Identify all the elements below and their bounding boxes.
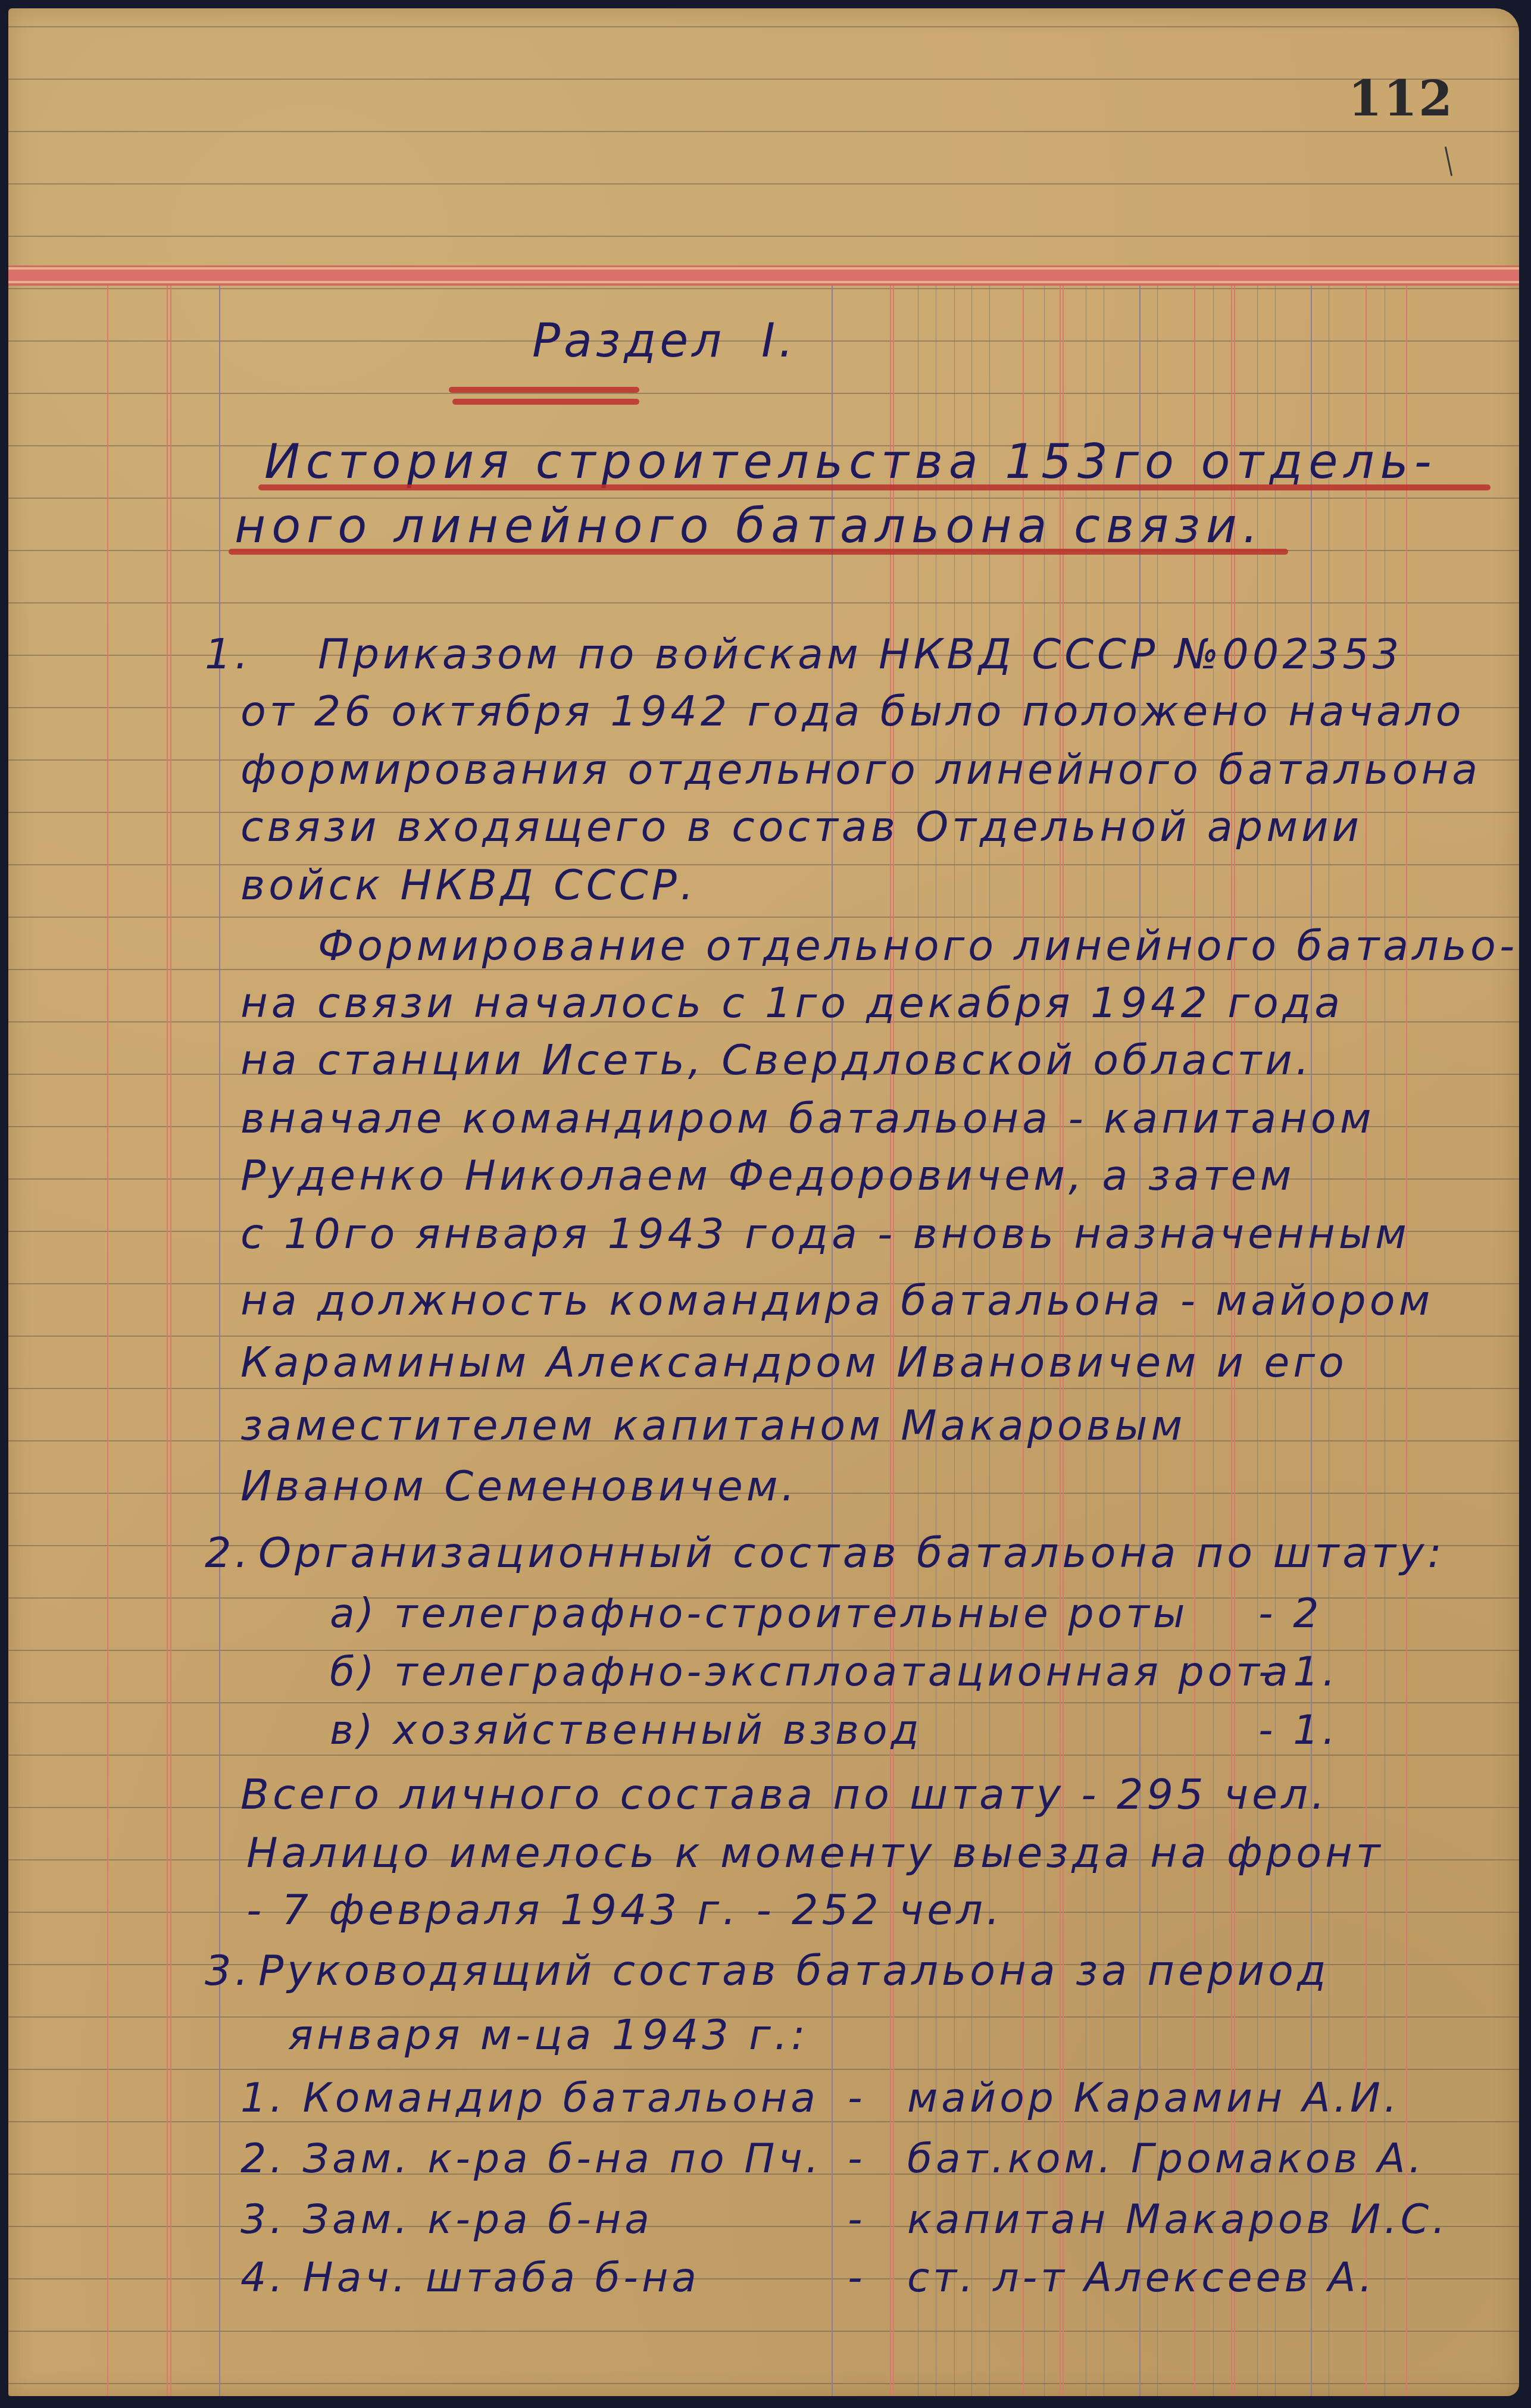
paragraph-1b-line: на связи началось с 1го декабря 1942 год… — [240, 982, 1343, 1024]
paragraph-1b-line: на станции Исеть, Свердловской области. — [240, 1039, 1313, 1081]
staff-dash: - — [848, 2200, 866, 2240]
page-number: 112 — [1348, 70, 1454, 127]
margin-rule — [170, 286, 171, 2396]
paragraph-1-line: формирования отдельного линейного баталь… — [240, 749, 1481, 790]
section-numeral: I — [761, 314, 779, 368]
paragraph-1-number: 1. — [205, 633, 252, 675]
paragraph-2-title: Организационный состав батальона по штат… — [258, 1532, 1445, 1574]
red-underline — [258, 484, 1491, 490]
paragraph-3-title: января м-ца 1943 г.: — [288, 2014, 809, 2056]
staff-dash: - — [848, 2258, 866, 2298]
margin-rule — [107, 286, 108, 2396]
unit-label: в) хозяйственный взвод — [330, 1710, 923, 1751]
paragraph-2-number: 2. — [205, 1532, 252, 1574]
staff-person: бат.ком. Громаков А. — [907, 2139, 1425, 2179]
paragraph-1b-line: Караминым Александром Ивановичем и его — [240, 1341, 1348, 1383]
present-line: - 7 февраля 1943 г. - 252 чел. — [246, 1889, 1003, 1931]
margin-rule — [167, 286, 168, 2396]
archival-page: 112 Раздел I. История строительства 153г… — [8, 8, 1519, 2396]
red-header-band — [8, 265, 1519, 286]
paragraph-3-number: 3. — [205, 1950, 252, 1991]
unit-count: - 2 — [1258, 1594, 1322, 1634]
red-underline — [229, 549, 1288, 555]
red-underline — [449, 387, 639, 393]
pencil-tick-mark — [1445, 146, 1452, 176]
heading-line-1: История строительства 153го отдель- — [264, 438, 1438, 486]
staff-total-line: Всего личного состава по штату - 295 чел… — [240, 1774, 1328, 1815]
paragraph-1b-line: Иваном Семеновичем. — [240, 1465, 798, 1507]
paragraph-1b-line: вначале командиром батальона - капитаном — [240, 1097, 1375, 1139]
paragraph-3-title: Руководящий состав батальона за период — [258, 1950, 1329, 1991]
paragraph-1-line: Приказом по войскам НКВД СССР №002353 — [318, 633, 1402, 675]
paragraph-1-line: войск НКВД СССР. — [240, 864, 697, 906]
paragraph-1b-line: на должность командира батальона - майор… — [240, 1280, 1433, 1321]
paragraph-1b-line: заместителем капитаном Макаровым — [240, 1405, 1186, 1446]
staff-dash: - — [848, 2078, 866, 2119]
column-rule — [1406, 286, 1407, 2396]
staff-position: 1. Командир батальона — [240, 2078, 819, 2119]
present-line: Налицо имелось к моменту выезда на фронт — [246, 1832, 1384, 1874]
staff-dash: - — [848, 2139, 866, 2179]
staff-person: майор Карамин А.И. — [907, 2078, 1401, 2119]
paragraph-1b-line: Формирование отдельного линейного баталь… — [318, 925, 1518, 967]
staff-position: 3. Зам. к-ра б-на — [240, 2200, 653, 2240]
paragraph-1b-line: с 10го января 1943 года - вновь назначен… — [240, 1213, 1410, 1255]
unit-label: б) телеграфно-эксплоатационная рота — [330, 1652, 1292, 1693]
paragraph-1b-line: Руденко Николаем Федоровичем, а затем — [240, 1155, 1295, 1196]
section-label: Раздел — [532, 314, 725, 368]
red-underline — [452, 399, 639, 405]
margin-rule — [219, 286, 220, 2396]
paragraph-1-line: связи входящего в состав Отдельной армии — [240, 806, 1363, 848]
heading-line-2: ного линейного батальона связи. — [235, 502, 1264, 550]
unit-count: - 1. — [1258, 1652, 1339, 1693]
staff-position: 2. Зам. к-ра б-на по Пч. — [240, 2139, 822, 2179]
staff-position: 4. Нач. штаба б-на — [240, 2258, 700, 2298]
unit-count: - 1. — [1258, 1710, 1339, 1751]
staff-person: ст. л-т Алексеев А. — [907, 2258, 1376, 2298]
section-title: Раздел I. — [532, 318, 797, 364]
section-punct: . — [779, 314, 797, 368]
staff-person: капитан Макаров И.С. — [907, 2200, 1449, 2240]
unit-label: а) телеграфно-строительные роты — [330, 1594, 1188, 1634]
paragraph-1-line: от 26 октября 1942 года было положено на… — [240, 690, 1465, 732]
